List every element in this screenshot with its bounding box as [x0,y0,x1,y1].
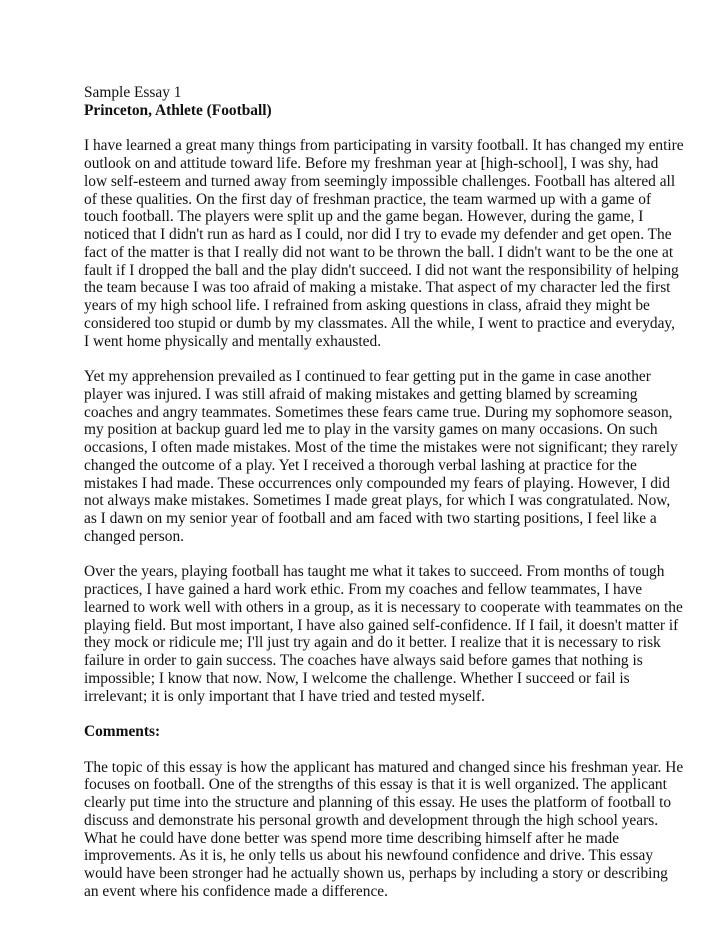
text-line: The topic of this essay is how the appli… [84,759,684,777]
text-line: years of my high school life. I refraine… [84,297,684,315]
essay-paragraph-2: Yet my apprehension prevailed as I conti… [84,368,684,546]
text-line: outlook on and attitude toward life. Bef… [84,155,684,173]
document-page: Sample Essay 1 Princeton, Athlete (Footb… [84,84,684,918]
text-line: Yet my apprehension prevailed as I conti… [84,368,684,386]
text-line: improvements. As it is, he only tells us… [84,847,684,865]
comments-paragraph: The topic of this essay is how the appli… [84,759,684,901]
text-line: coaches and angry teammates. Sometimes t… [84,404,684,422]
text-line: changed the outcome of a play. Yet I rec… [84,457,684,475]
document-title: Sample Essay 1 [84,84,684,102]
text-line: practices, I have gained a hard work eth… [84,581,684,599]
text-line: the team because I was too afraid of mak… [84,279,684,297]
text-line: mistakes I had made. These occurrences o… [84,475,684,493]
text-line: clearly put time into the structure and … [84,794,684,812]
text-line: would have been stronger had he actually… [84,865,684,883]
text-line: Over the years, playing football has tau… [84,563,684,581]
text-line: irrelevant; it is only important that I … [84,688,684,706]
text-line: fault if I dropped the ball and the play… [84,262,684,280]
text-line: an event where his confidence made a dif… [84,883,684,901]
text-line: learned to work well with others in a gr… [84,599,684,617]
essay-paragraph-1: I have learned a great many things from … [84,137,684,350]
text-line: What he could have done better was spend… [84,830,684,848]
text-line: discuss and demonstrate his personal gro… [84,812,684,830]
text-line: occasions, I often made mistakes. Most o… [84,439,684,457]
text-line: they mock or ridicule me; I'll just try … [84,634,684,652]
text-line: of these qualities. On the first day of … [84,191,684,209]
text-line: impossible; I know that now. Now, I welc… [84,670,684,688]
text-line: changed person. [84,528,684,546]
text-line: fact of the matter is that I really did … [84,244,684,262]
text-line: noticed that I didn't run as hard as I c… [84,226,684,244]
text-line: failure in order to gain success. The co… [84,652,684,670]
text-line: playing field. But most important, I hav… [84,617,684,635]
text-line: focuses on football. One of the strength… [84,776,684,794]
essay-heading: Princeton, Athlete (Football) [84,102,684,120]
text-line: player was injured. I was still afraid o… [84,386,684,404]
text-line: touch football. The players were split u… [84,208,684,226]
text-line: I went home physically and mentally exha… [84,333,684,351]
text-line: not always make mistakes. Sometimes I ma… [84,492,684,510]
text-line: my position at backup guard led me to pl… [84,421,684,439]
text-line: low self-esteem and turned away from see… [84,173,684,191]
comments-heading: Comments: [84,723,684,741]
text-line: as I dawn on my senior year of football … [84,510,684,528]
text-line: I have learned a great many things from … [84,137,684,155]
essay-paragraph-3: Over the years, playing football has tau… [84,563,684,705]
text-line: considered too stupid or dumb by my clas… [84,315,684,333]
